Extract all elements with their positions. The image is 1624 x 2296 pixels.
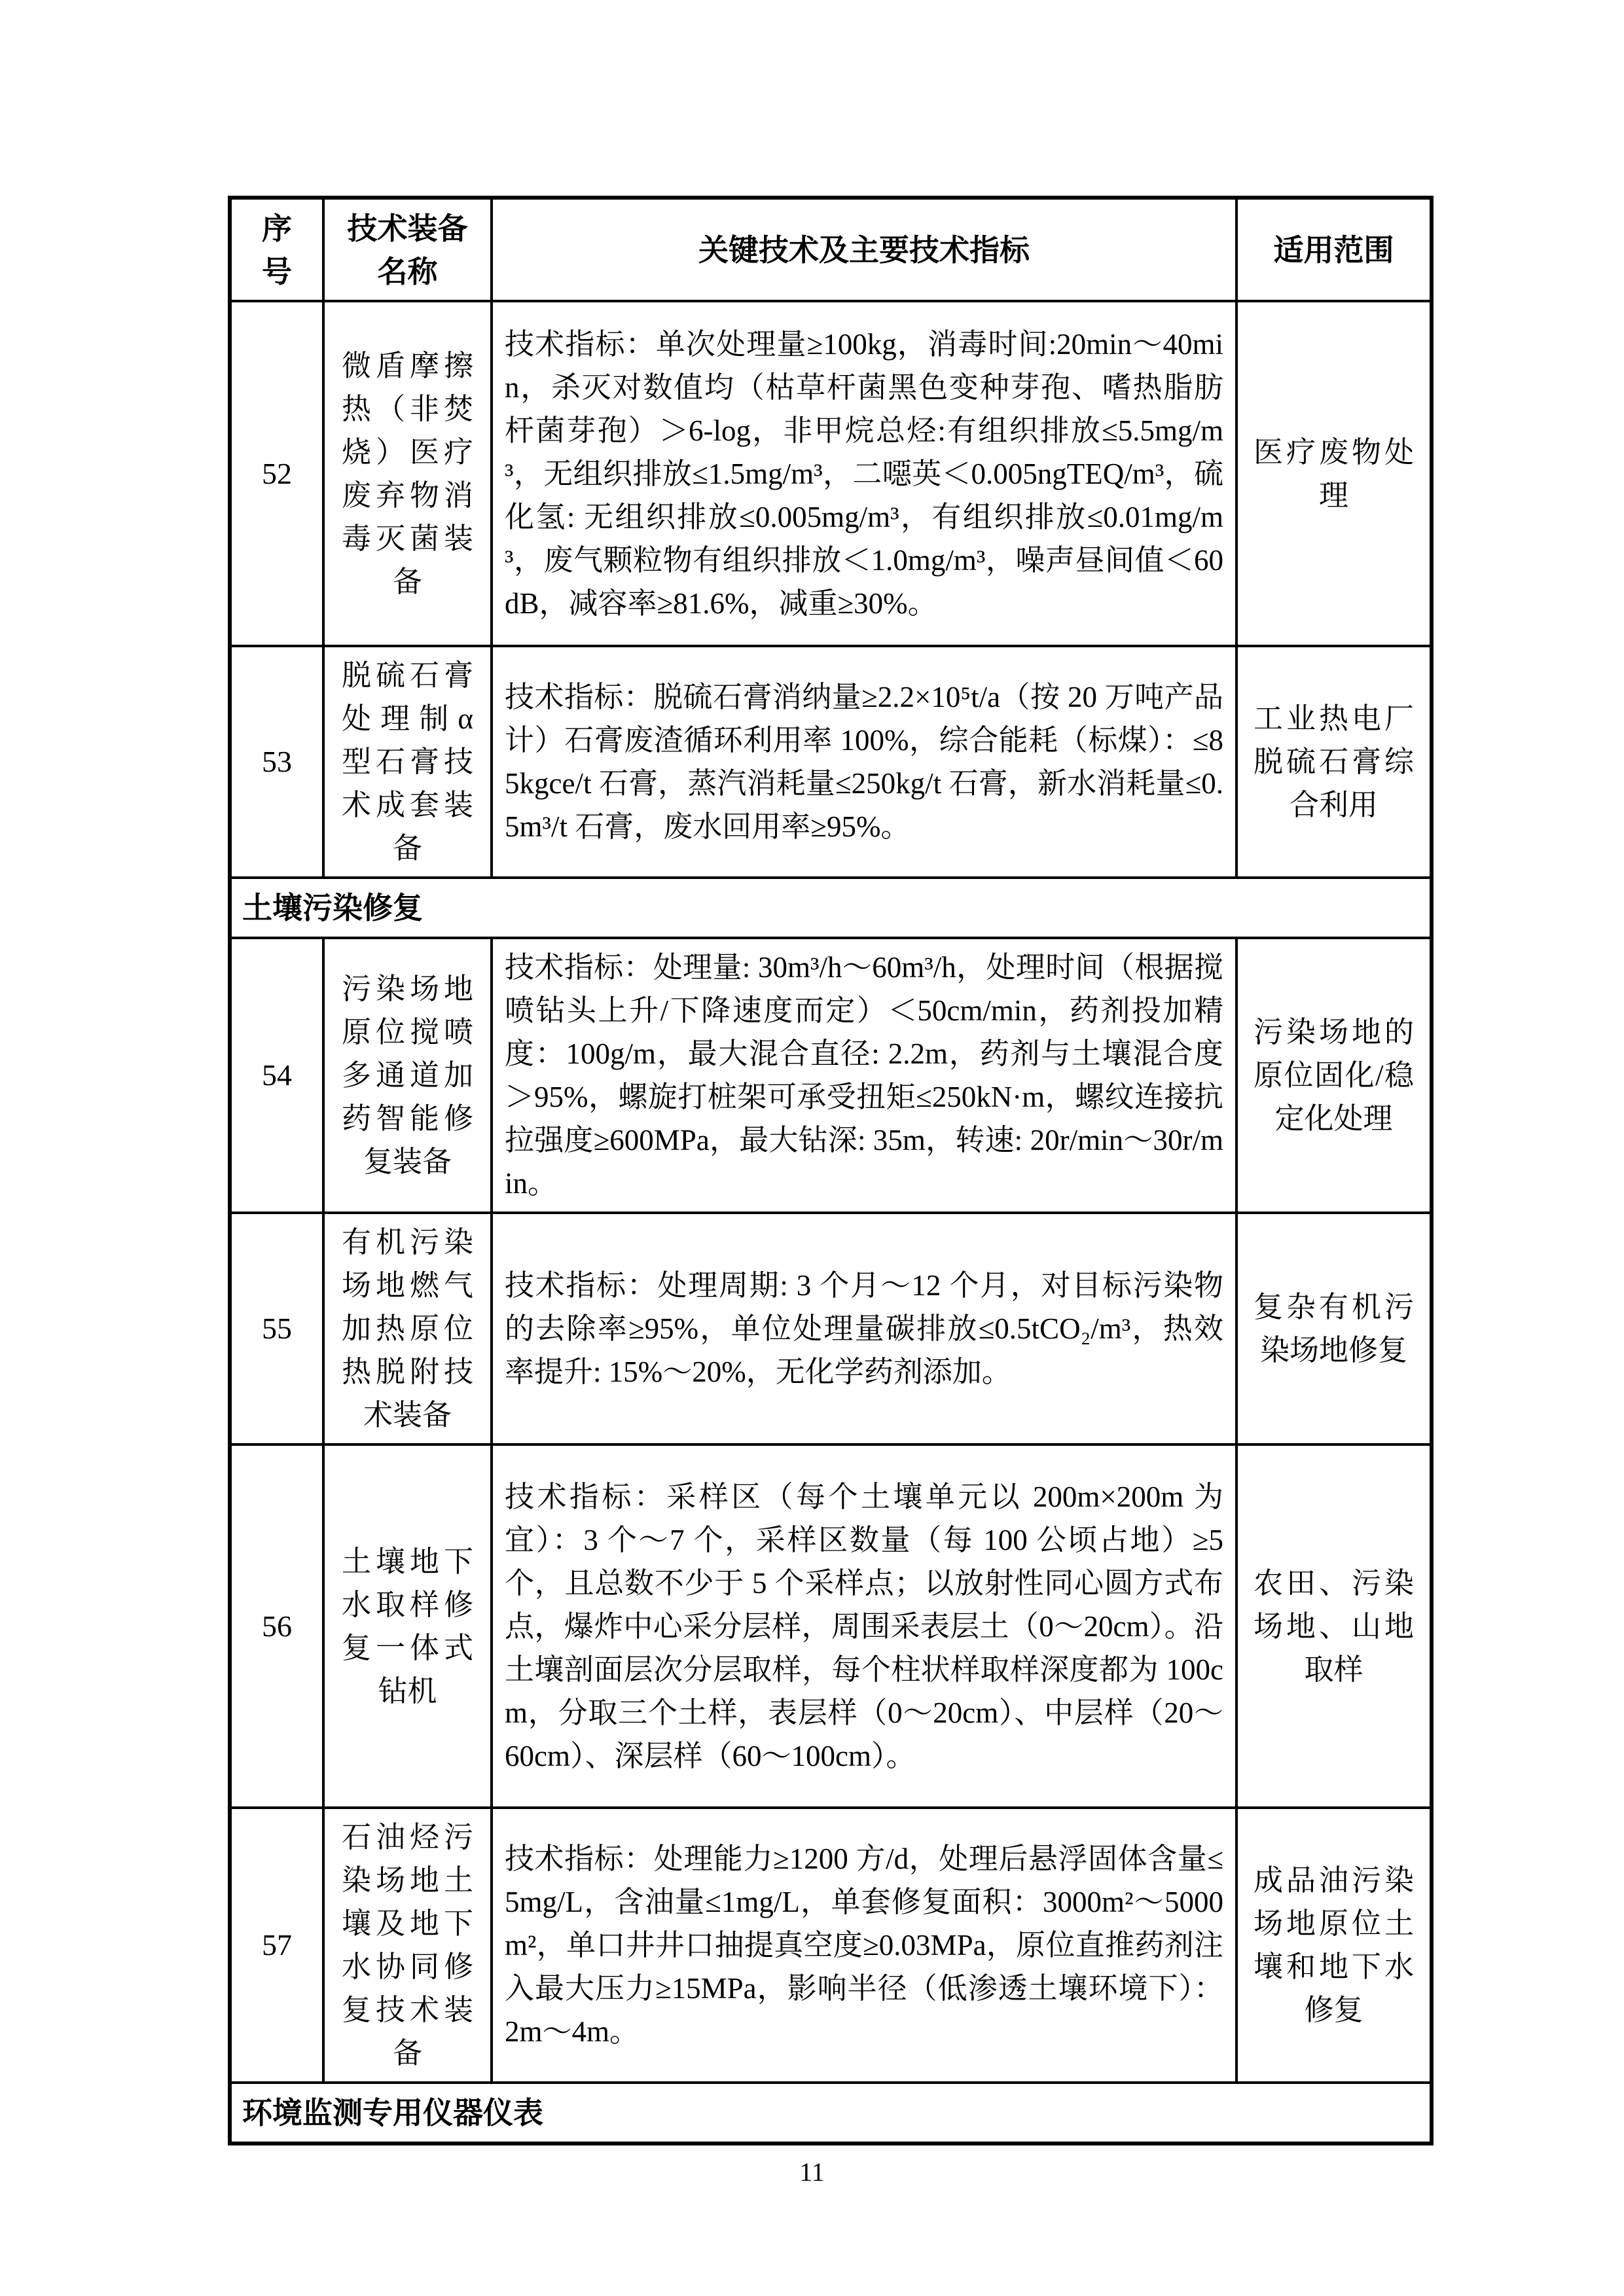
page-number: 11 — [0, 2157, 1624, 2188]
table-header-row: 序号 技术装备名称 关键技术及主要技术指标 适用范围 — [230, 198, 1432, 301]
cell-tech-indicators: 技术指标：处理量: 30m³/h～60m³/h，处理时间（根据搅喷钻头上升/下降… — [492, 938, 1236, 1213]
cell-seq-number: 52 — [230, 301, 323, 646]
cell-tech-indicators: 技术指标：处理周期: 3 个月～12 个月，对目标污染物的去除率≥95%，单位处… — [492, 1213, 1236, 1444]
cell-equipment-name: 有机污染场地燃气加热原位热脱附技术装备 — [323, 1213, 492, 1444]
section-row: 环境监测专用仪器仪表 — [230, 2083, 1432, 2144]
section-row: 土壤污染修复 — [230, 878, 1432, 938]
table-row: 54 污染场地原位搅喷多通道加药智能修复装备 技术指标：处理量: 30m³/h～… — [230, 938, 1432, 1213]
header-applicable-scope: 适用范围 — [1236, 198, 1432, 301]
cell-tech-indicators: 技术指标：单次处理量≥100kg，消毒时间:20min～40min，杀灭对数值均… — [492, 301, 1236, 646]
table-row: 56 土壤地下水取样修复一体式钻机 技术指标：采样区（每个土壤单元以 200m×… — [230, 1444, 1432, 1808]
cell-seq-number: 57 — [230, 1808, 323, 2083]
table-row: 57 石油烃污染场地土壤及地下水协同修复技术装备 技术指标：处理能力≥1200 … — [230, 1808, 1432, 2083]
cell-tech-indicators: 技术指标：脱硫石膏消纳量≥2.2×10⁵t/a（按 20 万吨产品计）石膏废渣循… — [492, 646, 1236, 878]
section-label: 土壤污染修复 — [230, 878, 1432, 938]
cell-seq-number: 54 — [230, 938, 323, 1213]
cell-equipment-name: 微盾摩擦热（非焚烧）医疗废弃物消毒灭菌装备 — [323, 301, 492, 646]
cell-seq-number: 53 — [230, 646, 323, 878]
cell-equipment-name: 土壤地下水取样修复一体式钻机 — [323, 1444, 492, 1808]
table-row: 55 有机污染场地燃气加热原位热脱附技术装备 技术指标：处理周期: 3 个月～1… — [230, 1213, 1432, 1444]
equipment-table: 序号 技术装备名称 关键技术及主要技术指标 适用范围 52 微盾摩擦热（非焚烧）… — [228, 196, 1434, 2145]
cell-applicable-scope: 复杂有机污染场地修复 — [1236, 1213, 1432, 1444]
cell-equipment-name: 脱硫石膏处理制α型石膏技术成套装备 — [323, 646, 492, 878]
header-seq: 序号 — [230, 198, 323, 301]
cell-tech-indicators: 技术指标：采样区（每个土壤单元以 200m×200m 为宜）：3 个～7 个，采… — [492, 1444, 1236, 1808]
cell-seq-number: 56 — [230, 1444, 323, 1808]
cell-applicable-scope: 污染场地的原位固化/稳定化处理 — [1236, 938, 1432, 1213]
document-page: 序号 技术装备名称 关键技术及主要技术指标 适用范围 52 微盾摩擦热（非焚烧）… — [0, 0, 1624, 2296]
cell-equipment-name: 石油烃污染场地土壤及地下水协同修复技术装备 — [323, 1808, 492, 2083]
cell-tech-indicators: 技术指标：处理能力≥1200 方/d，处理后悬浮固体含量≤5mg/L，含油量≤1… — [492, 1808, 1236, 2083]
header-equipment-name: 技术装备名称 — [323, 198, 492, 301]
header-key-tech-indicators: 关键技术及主要技术指标 — [492, 198, 1236, 301]
cell-applicable-scope: 医疗废物处理 — [1236, 301, 1432, 646]
cell-seq-number: 55 — [230, 1213, 323, 1444]
section-label: 环境监测专用仪器仪表 — [230, 2083, 1432, 2144]
cell-applicable-scope: 农田、污染场地、山地取样 — [1236, 1444, 1432, 1808]
cell-applicable-scope: 工业热电厂脱硫石膏综合利用 — [1236, 646, 1432, 878]
table-body: 52 微盾摩擦热（非焚烧）医疗废弃物消毒灭菌装备 技术指标：单次处理量≥100k… — [230, 301, 1432, 2144]
cell-equipment-name: 污染场地原位搅喷多通道加药智能修复装备 — [323, 938, 492, 1213]
table-row: 52 微盾摩擦热（非焚烧）医疗废弃物消毒灭菌装备 技术指标：单次处理量≥100k… — [230, 301, 1432, 646]
cell-applicable-scope: 成品油污染场地原位土壤和地下水修复 — [1236, 1808, 1432, 2083]
table-row: 53 脱硫石膏处理制α型石膏技术成套装备 技术指标：脱硫石膏消纳量≥2.2×10… — [230, 646, 1432, 878]
table-header: 序号 技术装备名称 关键技术及主要技术指标 适用范围 — [230, 198, 1432, 301]
